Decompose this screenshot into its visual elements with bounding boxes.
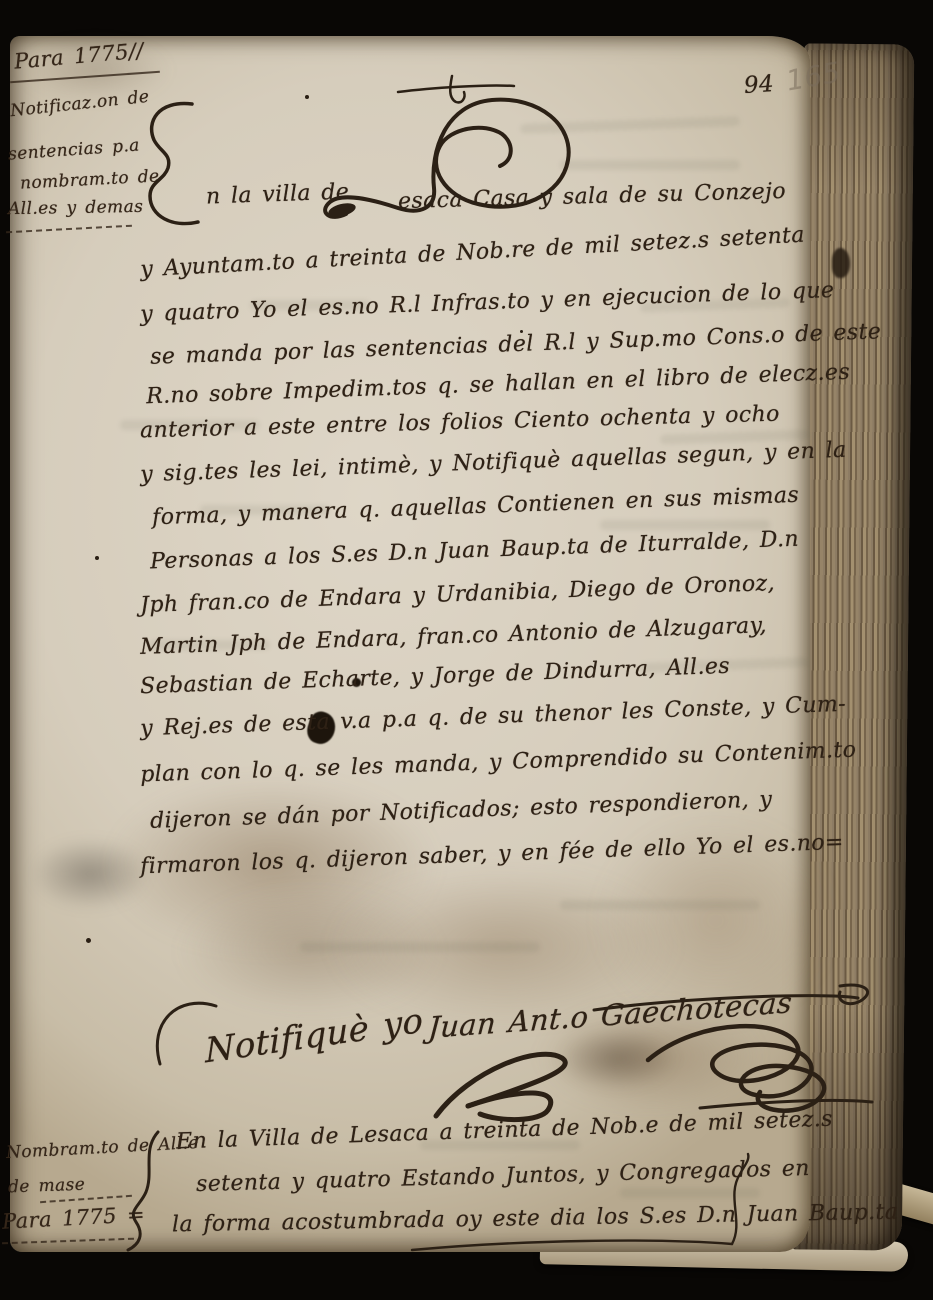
- ink-speck: [86, 938, 91, 943]
- manuscript-photo: 94 165 Para 1775// Notificaz.on de sente…: [0, 0, 933, 1300]
- text-line: n la villa de: [206, 180, 350, 210]
- margin-note-line: de mase: [8, 1175, 86, 1198]
- folio-number: 94: [743, 71, 775, 99]
- ink-speck: [305, 95, 309, 99]
- calligraphic-initial-E: E: [128, 96, 209, 224]
- ink-speck: [95, 556, 99, 560]
- fore-edge-shading: [792, 43, 915, 1250]
- book-fore-edge: [792, 43, 915, 1250]
- fore-edge-ink-blot: [832, 248, 850, 278]
- margin-note-line: All.es y demas: [8, 197, 144, 219]
